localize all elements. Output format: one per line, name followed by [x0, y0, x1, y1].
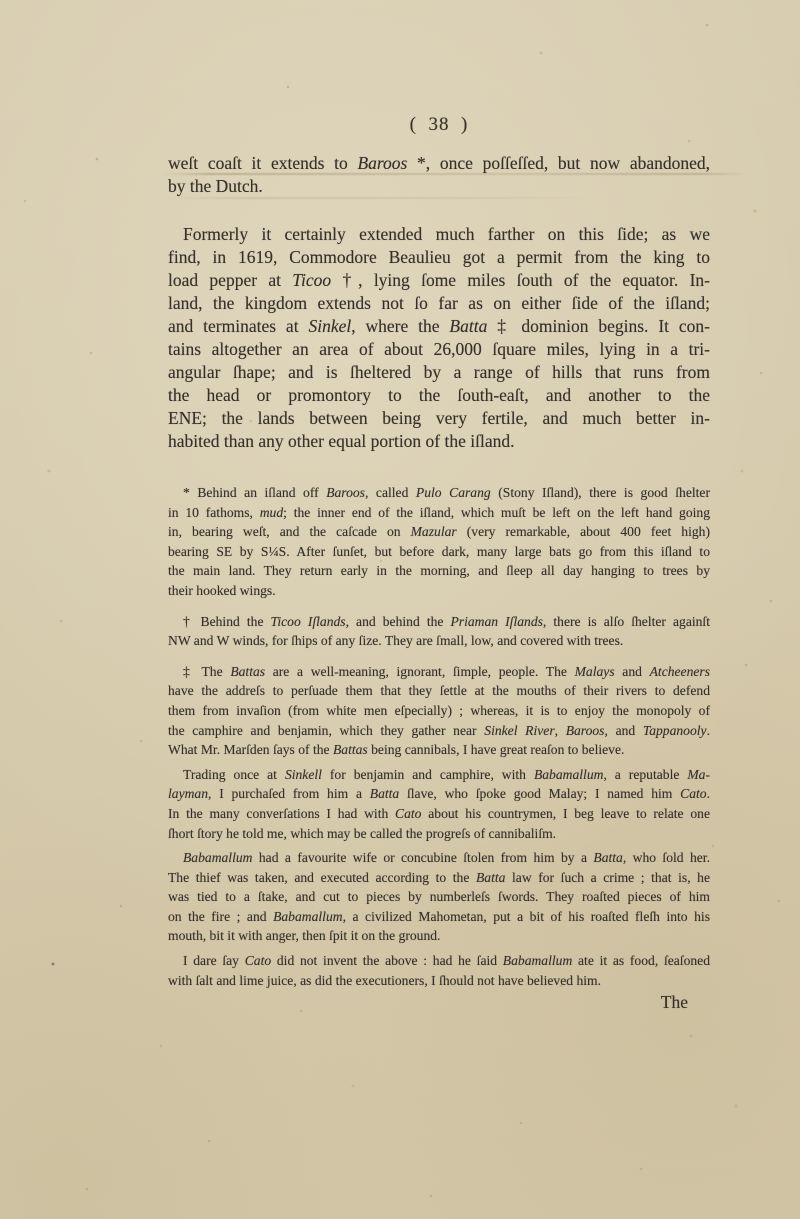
text: , a civilized Mahometan, put a bit of hi…: [343, 909, 710, 924]
footnotes: * Behind an iſland off Baroos, called Pu…: [168, 483, 710, 990]
text: them from invaſion (from white men eſpec…: [168, 703, 710, 718]
text: The thief was taken, and executed accord…: [168, 870, 476, 885]
text: †, lying ſome miles ſouth of the equator…: [331, 270, 710, 290]
text-line: What Mr. Marſden ſays of the Battas bein…: [168, 740, 710, 760]
text: had a favourite wife or concubine ſtolen…: [252, 850, 593, 865]
text: are a well-meaning, ignorant, ſimple, pe…: [265, 664, 575, 679]
italic-text: Cato: [680, 786, 706, 801]
text: about his countrymen, I beg leave to rel…: [421, 806, 710, 821]
paragraph: weſt coaſt it extends to Baroos *, once …: [168, 152, 710, 198]
text-line: the camphire and benjamin, which they ga…: [168, 721, 710, 741]
text: , a reputable: [603, 767, 687, 782]
italic-text: Mazular: [411, 524, 457, 539]
italic-text: layman: [168, 786, 208, 801]
paragraph: I dare ſay Cato did not invent the above…: [168, 951, 710, 990]
text: the head or promontory to the ſouth-eaſt…: [168, 385, 710, 405]
text: ‡ dominion begins. It con-: [487, 316, 710, 336]
text-line: in, bearing weſt, and the caſcade on Maz…: [168, 522, 710, 542]
text: , where the: [351, 316, 449, 336]
text: the main land. They return early in the …: [168, 563, 710, 578]
text-line: The thief was taken, and executed accord…: [168, 868, 710, 888]
italic-text: Atcheeners: [650, 664, 710, 679]
text: , I purchaſed from him a: [208, 786, 370, 801]
page-number: ( 38 ): [168, 112, 710, 152]
text: , called: [365, 485, 416, 500]
text-line: by the Dutch.: [168, 175, 710, 198]
text-line: the main land. They return early in the …: [168, 561, 710, 581]
text: , and behind the: [346, 614, 451, 629]
text: * Behind an iſland off: [183, 485, 326, 500]
text-line: on the fire ; and Babamallum, a civilize…: [168, 907, 710, 927]
text: , who ſold her.: [623, 850, 710, 865]
text-line: Trading once at Sinkell for benjamin and…: [168, 765, 710, 785]
text: ‡ The: [183, 664, 230, 679]
italic-text: Sinkell: [285, 767, 322, 782]
body-text: weſt coaſt it extends to Baroos *, once …: [168, 152, 710, 453]
text: ſhort ſtory he told me, which may be cal…: [168, 826, 556, 841]
italic-text: Ticoo: [292, 270, 331, 290]
text: weſt coaſt it extends to: [168, 153, 357, 173]
text: In the many converſations I had with: [168, 806, 395, 821]
text: NW and W winds, for ſhips of any ſize. T…: [168, 633, 623, 648]
text-line: † Behind the Ticoo Iſlands, and behind t…: [168, 612, 710, 632]
text: angular ſhape; and is ſheltered by a ran…: [168, 362, 710, 382]
italic-text: Sinkel: [308, 316, 351, 336]
text: on the fire ; and: [168, 909, 273, 924]
text: What Mr. Marſden ſays of the: [168, 742, 333, 757]
italic-text: Ticoo Iſlands: [271, 614, 346, 629]
footnote: † Behind the Ticoo Iſlands, and behind t…: [168, 612, 710, 651]
paragraph: † Behind the Ticoo Iſlands, and behind t…: [168, 612, 710, 651]
text: by the Dutch.: [168, 176, 263, 196]
book-page: ( 38 ) weſt coaſt it extends to Baroos *…: [0, 0, 800, 1219]
text: I dare ſay: [183, 953, 245, 968]
text-line: have the addreſs to perſuade them that t…: [168, 681, 710, 701]
text-line: with ſalt and lime juice, as did the exe…: [168, 971, 710, 991]
text: tains altogether an area of about 26,000…: [168, 339, 710, 359]
text-line: land, the kingdom extends not ſo far as …: [168, 292, 710, 315]
text-line: bearing SE by S¼S. After ſunſet, but bef…: [168, 542, 710, 562]
text-line: their hooked wings.: [168, 581, 710, 601]
italic-text: Pulo Carang: [416, 485, 491, 500]
text: did not invent the above : had he ſaid: [271, 953, 503, 968]
text: with ſalt and lime juice, as did the exe…: [168, 973, 601, 988]
italic-text: Battas: [333, 742, 368, 757]
italic-text: Battas: [230, 664, 265, 679]
text: load pepper at: [168, 270, 292, 290]
text-line: and terminates at Sinkel, where the Batt…: [168, 315, 710, 338]
text-line: ſhort ſtory he told me, which may be cal…: [168, 824, 710, 844]
text-line: habited than any other equal portion of …: [168, 430, 710, 453]
italic-text: Babamallum: [273, 909, 342, 924]
paragraph: Babamallum had a favourite wife or concu…: [168, 848, 710, 946]
text: and: [615, 664, 650, 679]
text-block: ( 38 ) weſt coaſt it extends to Baroos *…: [168, 112, 710, 1014]
text-line: weſt coaſt it extends to Baroos *, once …: [168, 152, 710, 175]
text-line: angular ſhape; and is ſheltered by a ran…: [168, 361, 710, 384]
paragraph: ‡ The Battas are a well-meaning, ignoran…: [168, 662, 710, 760]
text: was tied to a ſtake, and cut to pieces b…: [168, 889, 710, 904]
italic-text: Batta: [476, 870, 505, 885]
text: ate it as food, ſeaſoned: [572, 953, 710, 968]
italic-text: Baroos: [326, 485, 365, 500]
text: being cannibals, I have great reaſon to …: [368, 742, 625, 757]
italic-text: Tappanooly: [643, 723, 707, 738]
italic-text: Babamallum: [503, 953, 572, 968]
paper-speckles: [0, 0, 2, 2]
text-line: load pepper at Ticoo †, lying ſome miles…: [168, 269, 710, 292]
text-line: Formerly it certainly extended much fart…: [168, 223, 710, 246]
italic-text: mud: [260, 505, 283, 520]
italic-text: Baroos: [357, 153, 407, 173]
text-line: NW and W winds, for ſhips of any ſize. T…: [168, 631, 710, 651]
italic-text: Ma-: [687, 767, 710, 782]
italic-text: Babamallum: [183, 850, 252, 865]
text-line: in 10 fathoms, mud; the inner end of the…: [168, 503, 710, 523]
text: for benjamin and camphire, with: [322, 767, 534, 782]
text-line: the head or promontory to the ſouth-eaſt…: [168, 384, 710, 407]
text: ,: [555, 723, 566, 738]
text: (Stony Iſland), there is good ſhelter: [491, 485, 710, 500]
paragraph: Trading once at Sinkell for benjamin and…: [168, 765, 710, 843]
text: mouth, bit it with anger, then ſpit it o…: [168, 928, 440, 943]
italic-text: Cato: [245, 953, 271, 968]
italic-text: Batta: [370, 786, 399, 801]
text: (very remarkable, about 400 feet high): [457, 524, 710, 539]
text: bearing SE by S¼S. After ſunſet, but bef…: [168, 544, 710, 559]
text: have the addreſs to perſuade them that t…: [168, 683, 710, 698]
text: , there is alſo ſhelter againſt: [543, 614, 710, 629]
text: habited than any other equal portion of …: [168, 431, 515, 451]
text-line: ‡ The Battas are a well-meaning, ignoran…: [168, 662, 710, 682]
text: ; the inner end of the iſland, which muſ…: [283, 505, 710, 520]
text: and terminates at: [168, 316, 308, 336]
text-line: In the many converſations I had with Cat…: [168, 804, 710, 824]
catchword: The: [168, 991, 710, 1014]
text: Trading once at: [183, 767, 285, 782]
paragraph: * Behind an iſland off Baroos, called Pu…: [168, 483, 710, 601]
footnote: ‡ The Battas are a well-meaning, ignoran…: [168, 662, 710, 991]
italic-text: Cato: [395, 806, 421, 821]
text: ENE; the lands between being very fertil…: [168, 408, 710, 428]
text: their hooked wings.: [168, 583, 276, 598]
text: .: [707, 786, 710, 801]
italic-text: Babamallum: [534, 767, 603, 782]
italic-text: Malays: [575, 664, 615, 679]
italic-text: Batta: [449, 316, 487, 336]
text: in 10 fathoms,: [168, 505, 260, 520]
text: .: [707, 723, 710, 738]
text: find, in 1619, Commodore Beaulieu got a …: [168, 247, 710, 267]
text-line: tains altogether an area of about 26,000…: [168, 338, 710, 361]
text: *, once poſſeſſed, but now abandoned,: [407, 153, 710, 173]
text-line: ENE; the lands between being very fertil…: [168, 407, 710, 430]
text-line: I dare ſay Cato did not invent the above…: [168, 951, 710, 971]
text: , and: [604, 723, 642, 738]
text-line: was tied to a ſtake, and cut to pieces b…: [168, 887, 710, 907]
text: land, the kingdom extends not ſo far as …: [168, 293, 710, 313]
text: † Behind the: [183, 614, 271, 629]
text-line: Babamallum had a favourite wife or concu…: [168, 848, 710, 868]
text: in, bearing weſt, and the caſcade on: [168, 524, 411, 539]
text-line: layman, I purchaſed from him a Batta ſla…: [168, 784, 710, 804]
italic-text: Baroos: [566, 723, 605, 738]
italic-text: Priaman Iſlands: [451, 614, 543, 629]
text: law for ſuch a crime ; that is, he: [505, 870, 710, 885]
italic-text: Batta: [593, 850, 622, 865]
footnote: * Behind an iſland off Baroos, called Pu…: [168, 483, 710, 601]
text-line: mouth, bit it with anger, then ſpit it o…: [168, 926, 710, 946]
text: Formerly it certainly extended much fart…: [183, 224, 710, 244]
text-line: them from invaſion (from white men eſpec…: [168, 701, 710, 721]
text-line: * Behind an iſland off Baroos, called Pu…: [168, 483, 710, 503]
text: the camphire and benjamin, which they ga…: [168, 723, 484, 738]
italic-text: Sinkel River: [484, 723, 554, 738]
paragraph: Formerly it certainly extended much fart…: [168, 223, 710, 453]
text-line: find, in 1619, Commodore Beaulieu got a …: [168, 246, 710, 269]
text: ſlave, who ſpoke good Malay; I named him: [399, 786, 680, 801]
